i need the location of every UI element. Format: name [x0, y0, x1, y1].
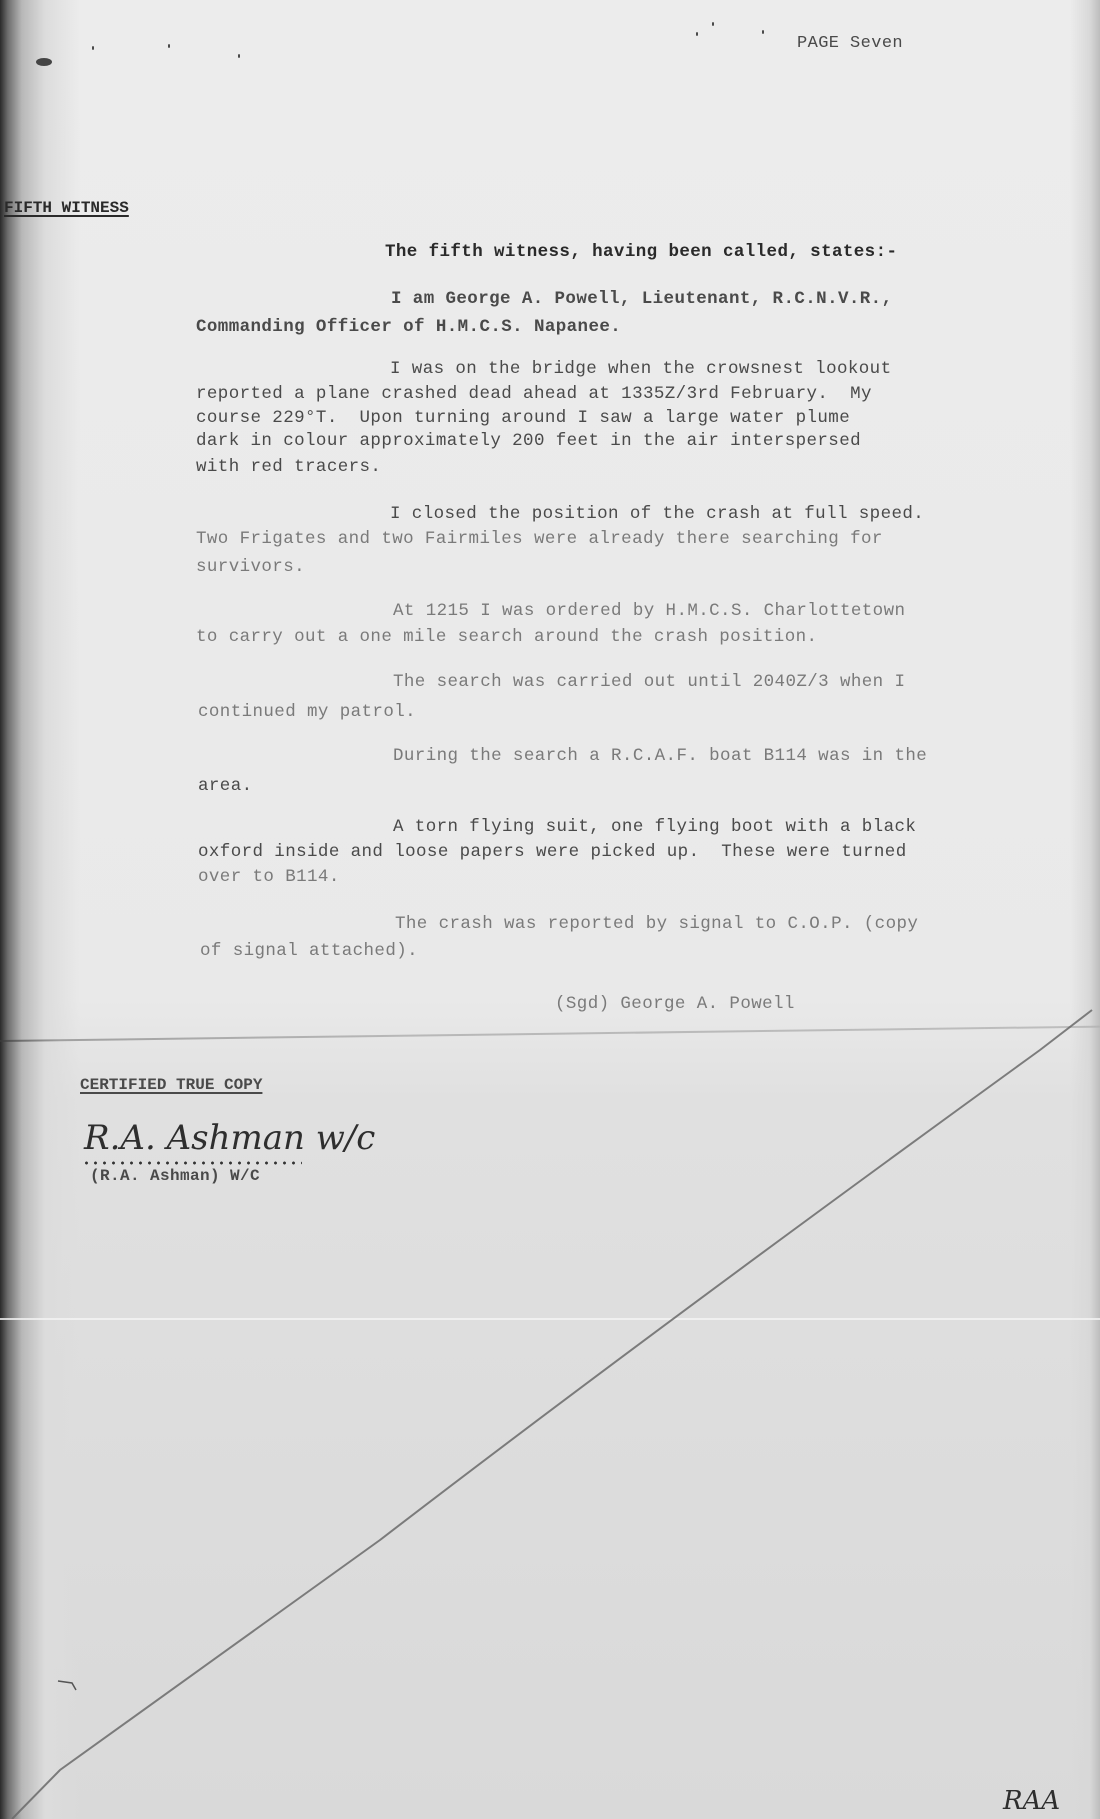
- paragraph-line: with red tracers.: [196, 459, 381, 477]
- paragraph-line: A torn flying suit, one flying boot with…: [393, 819, 916, 837]
- paragraph-line: survivors.: [196, 559, 305, 577]
- paragraph-line: reported a plane crashed dead ahead at 1…: [196, 386, 872, 404]
- ink-speck: [238, 54, 240, 58]
- certifier-name: (R.A. Ashman) W/C: [90, 1168, 260, 1184]
- paragraph-line: to carry out a one mile search around th…: [196, 629, 817, 647]
- paragraph-line: Commanding Officer of H.M.C.S. Napanee.: [196, 319, 621, 337]
- paragraph-line: I am George A. Powell, Lieutenant, R.C.N…: [391, 291, 892, 309]
- fold-crease: [0, 1318, 1100, 1320]
- paragraph-line: over to B114.: [198, 869, 340, 887]
- paragraph-line: The crash was reported by signal to C.O.…: [395, 916, 918, 934]
- paragraph-line: area.: [198, 778, 253, 796]
- paragraph-line: oxford inside and loose papers were pick…: [198, 844, 907, 862]
- ink-speck: [92, 46, 94, 50]
- signature-dotted-line: [82, 1161, 302, 1165]
- paragraph-line: course 229°T. Upon turning around I saw …: [196, 410, 850, 428]
- ink-speck: [168, 44, 170, 48]
- intro-line: The fifth witness, having been called, s…: [385, 244, 897, 262]
- paragraph-line: continued my patrol.: [198, 704, 416, 722]
- ink-speck: [696, 32, 698, 36]
- ink-speck: [762, 30, 764, 34]
- paragraph-line: At 1215 I was ordered by H.M.C.S. Charlo…: [393, 603, 905, 621]
- paragraph-line: I closed the position of the crash at fu…: [390, 506, 924, 524]
- certification-label: CERTIFIED TRUE COPY: [80, 1077, 262, 1093]
- section-heading: FIFTH WITNESS: [4, 200, 129, 216]
- page-label: PAGE Seven: [797, 35, 903, 52]
- paragraph-line: During the search a R.C.A.F. boat B114 w…: [393, 748, 927, 766]
- paragraph-line: of signal attached).: [200, 943, 418, 961]
- paragraph-line: I was on the bridge when the crowsnest l…: [390, 361, 891, 379]
- ink-speck: [712, 22, 714, 26]
- paragraph-line: Two Frigates and two Fairmiles were alre…: [196, 531, 883, 549]
- paragraph-line: dark in colour approximately 200 feet in…: [196, 433, 861, 451]
- handwritten-signature: R.A. Ashman w/c: [84, 1118, 375, 1158]
- corner-initials: RAA: [1003, 1786, 1060, 1816]
- witness-signature: (Sgd) George A. Powell: [555, 996, 795, 1014]
- paragraph-line: The search was carried out until 2040Z/3…: [393, 674, 905, 692]
- document-page: [0, 0, 1100, 1819]
- ink-blot: [36, 58, 52, 66]
